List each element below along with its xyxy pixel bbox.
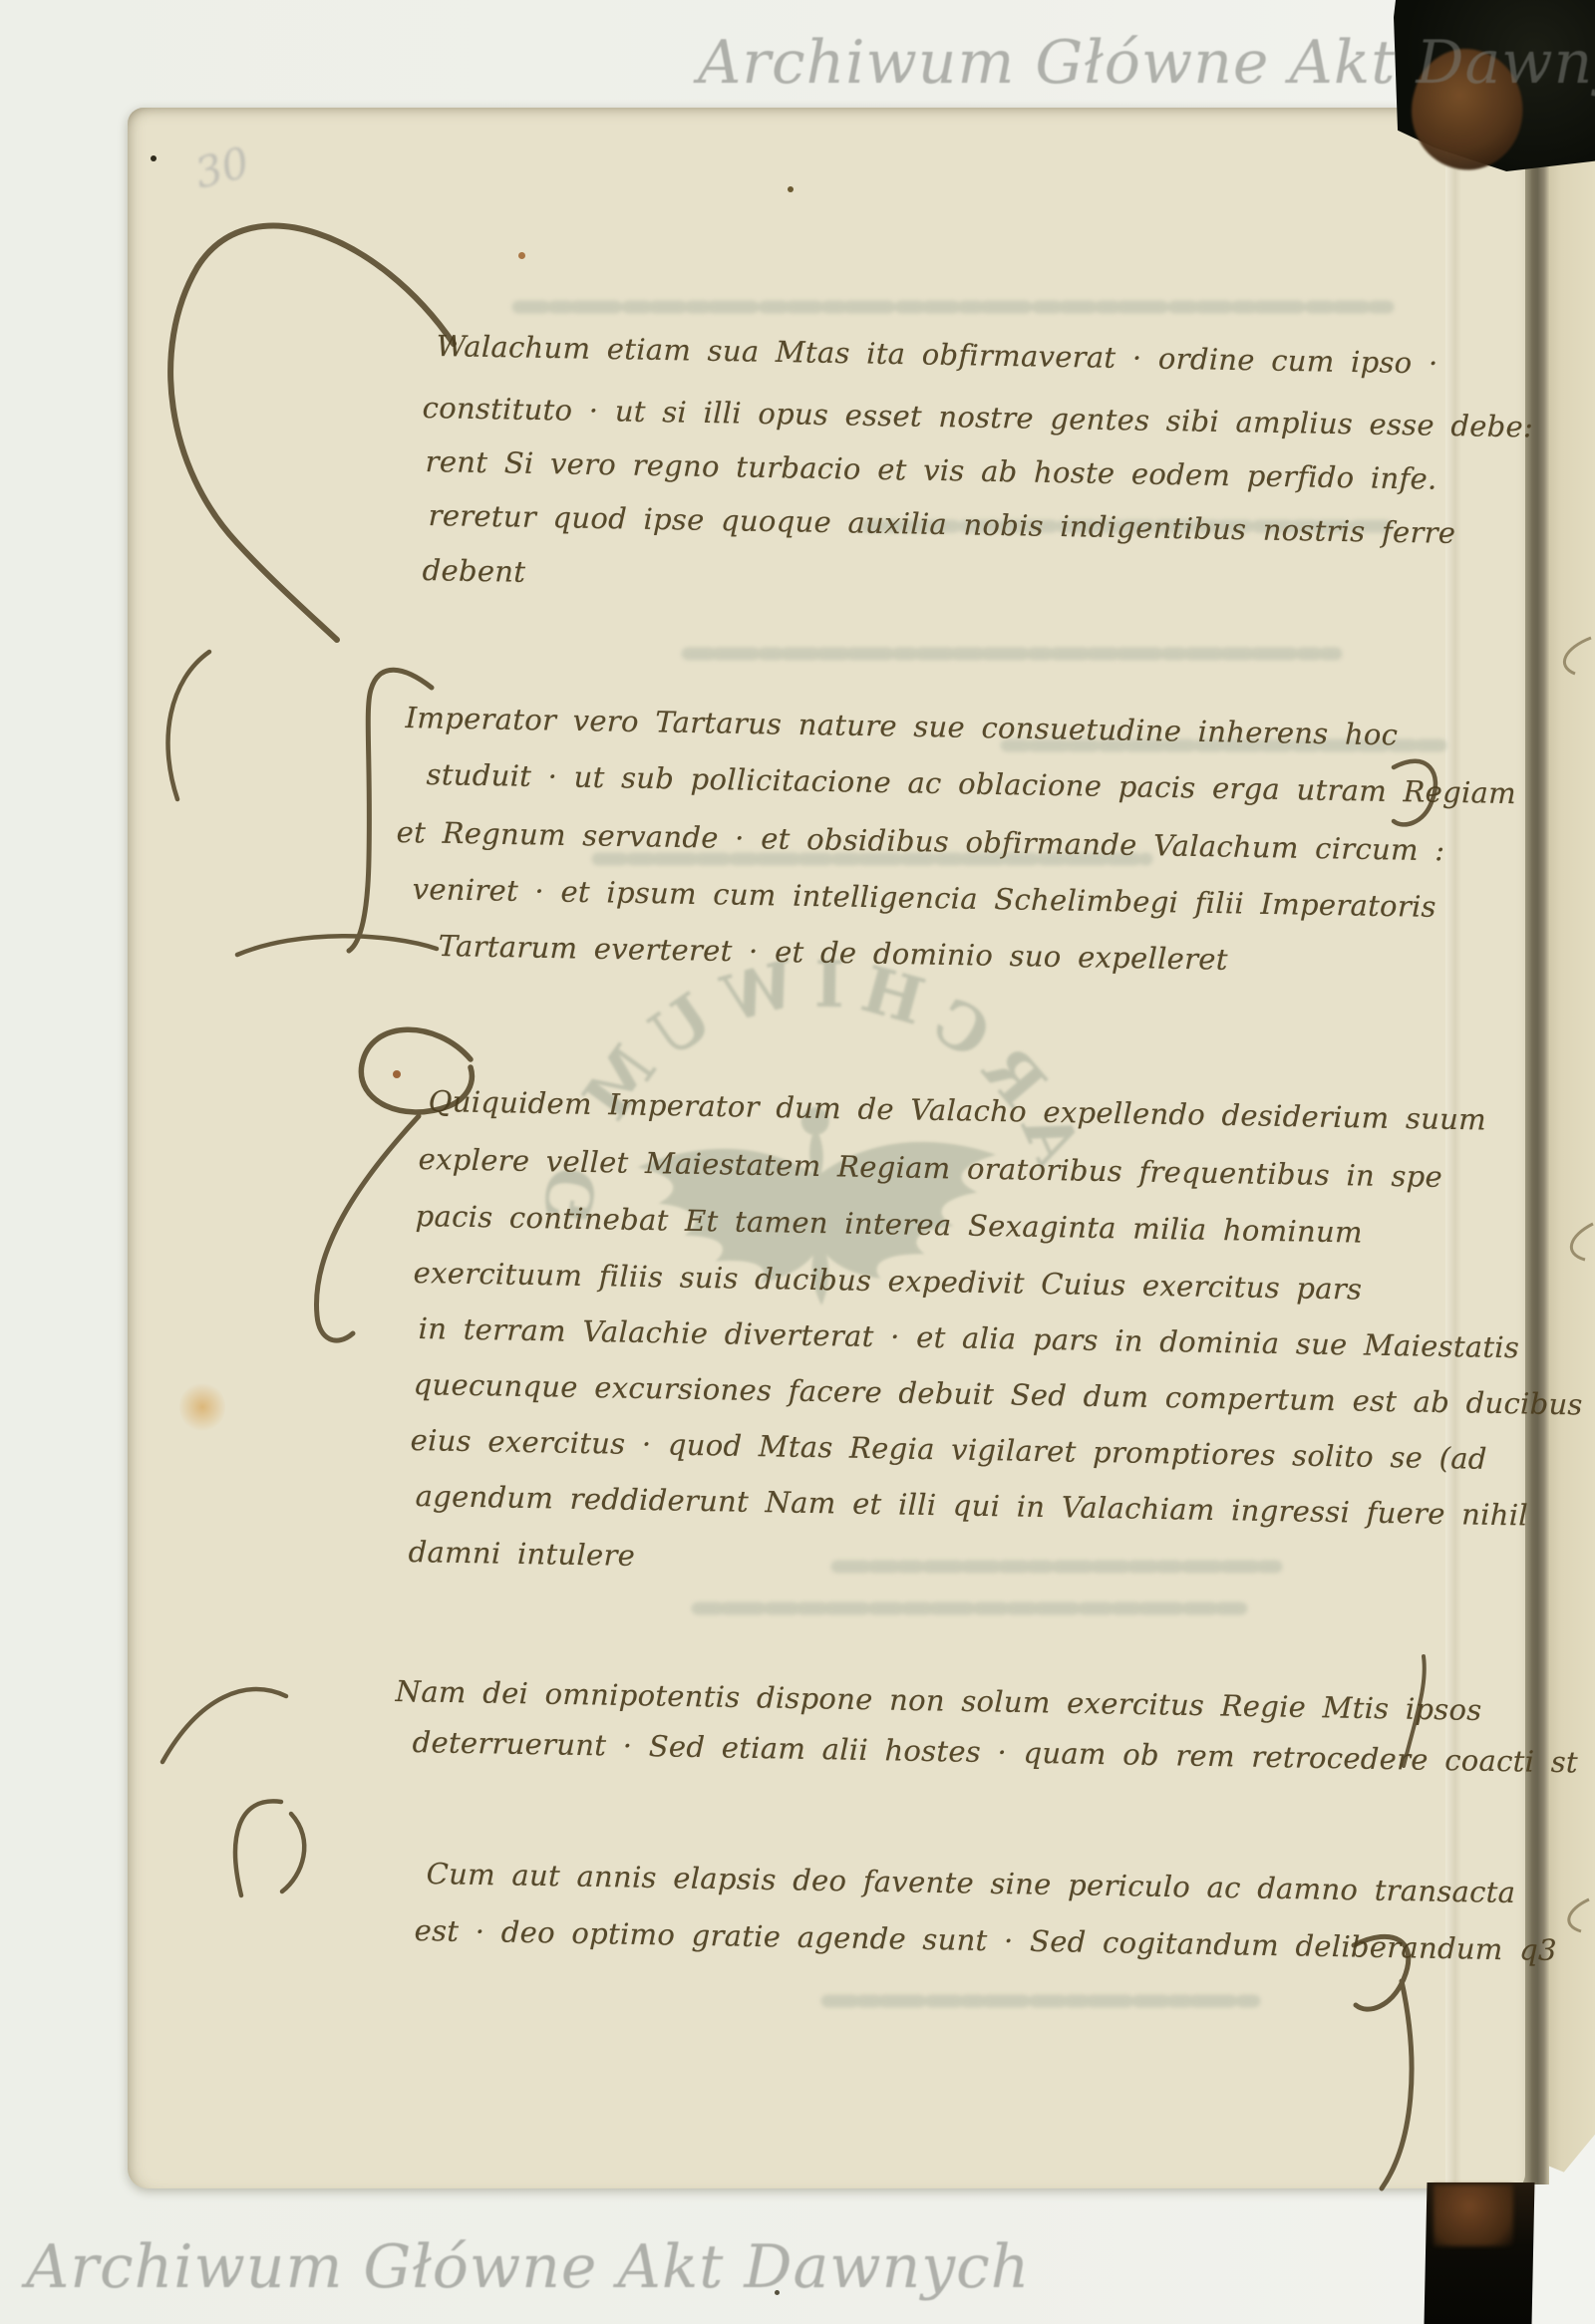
rust-speck (518, 252, 525, 259)
manuscript-line: debent (422, 553, 525, 589)
next-page-edge (1543, 86, 1595, 2180)
scan-canvas: ARCHIWUM GŁÓWNE 30 Walachum etiam sua (0, 0, 1595, 2324)
manuscript-line: damni intulere (408, 1535, 635, 1573)
watermark-top: Archiwum Główne Akt Dawnych (698, 28, 1595, 98)
rust-dot (393, 1070, 401, 1078)
watermark-bottom: Archiwum Główne Akt Dawnych (26, 2232, 1030, 2302)
ink-speck (151, 155, 157, 161)
binding-leather-fragment (1434, 2184, 1513, 2246)
foxing-spot (179, 1381, 225, 1433)
ink-dot (788, 186, 794, 192)
